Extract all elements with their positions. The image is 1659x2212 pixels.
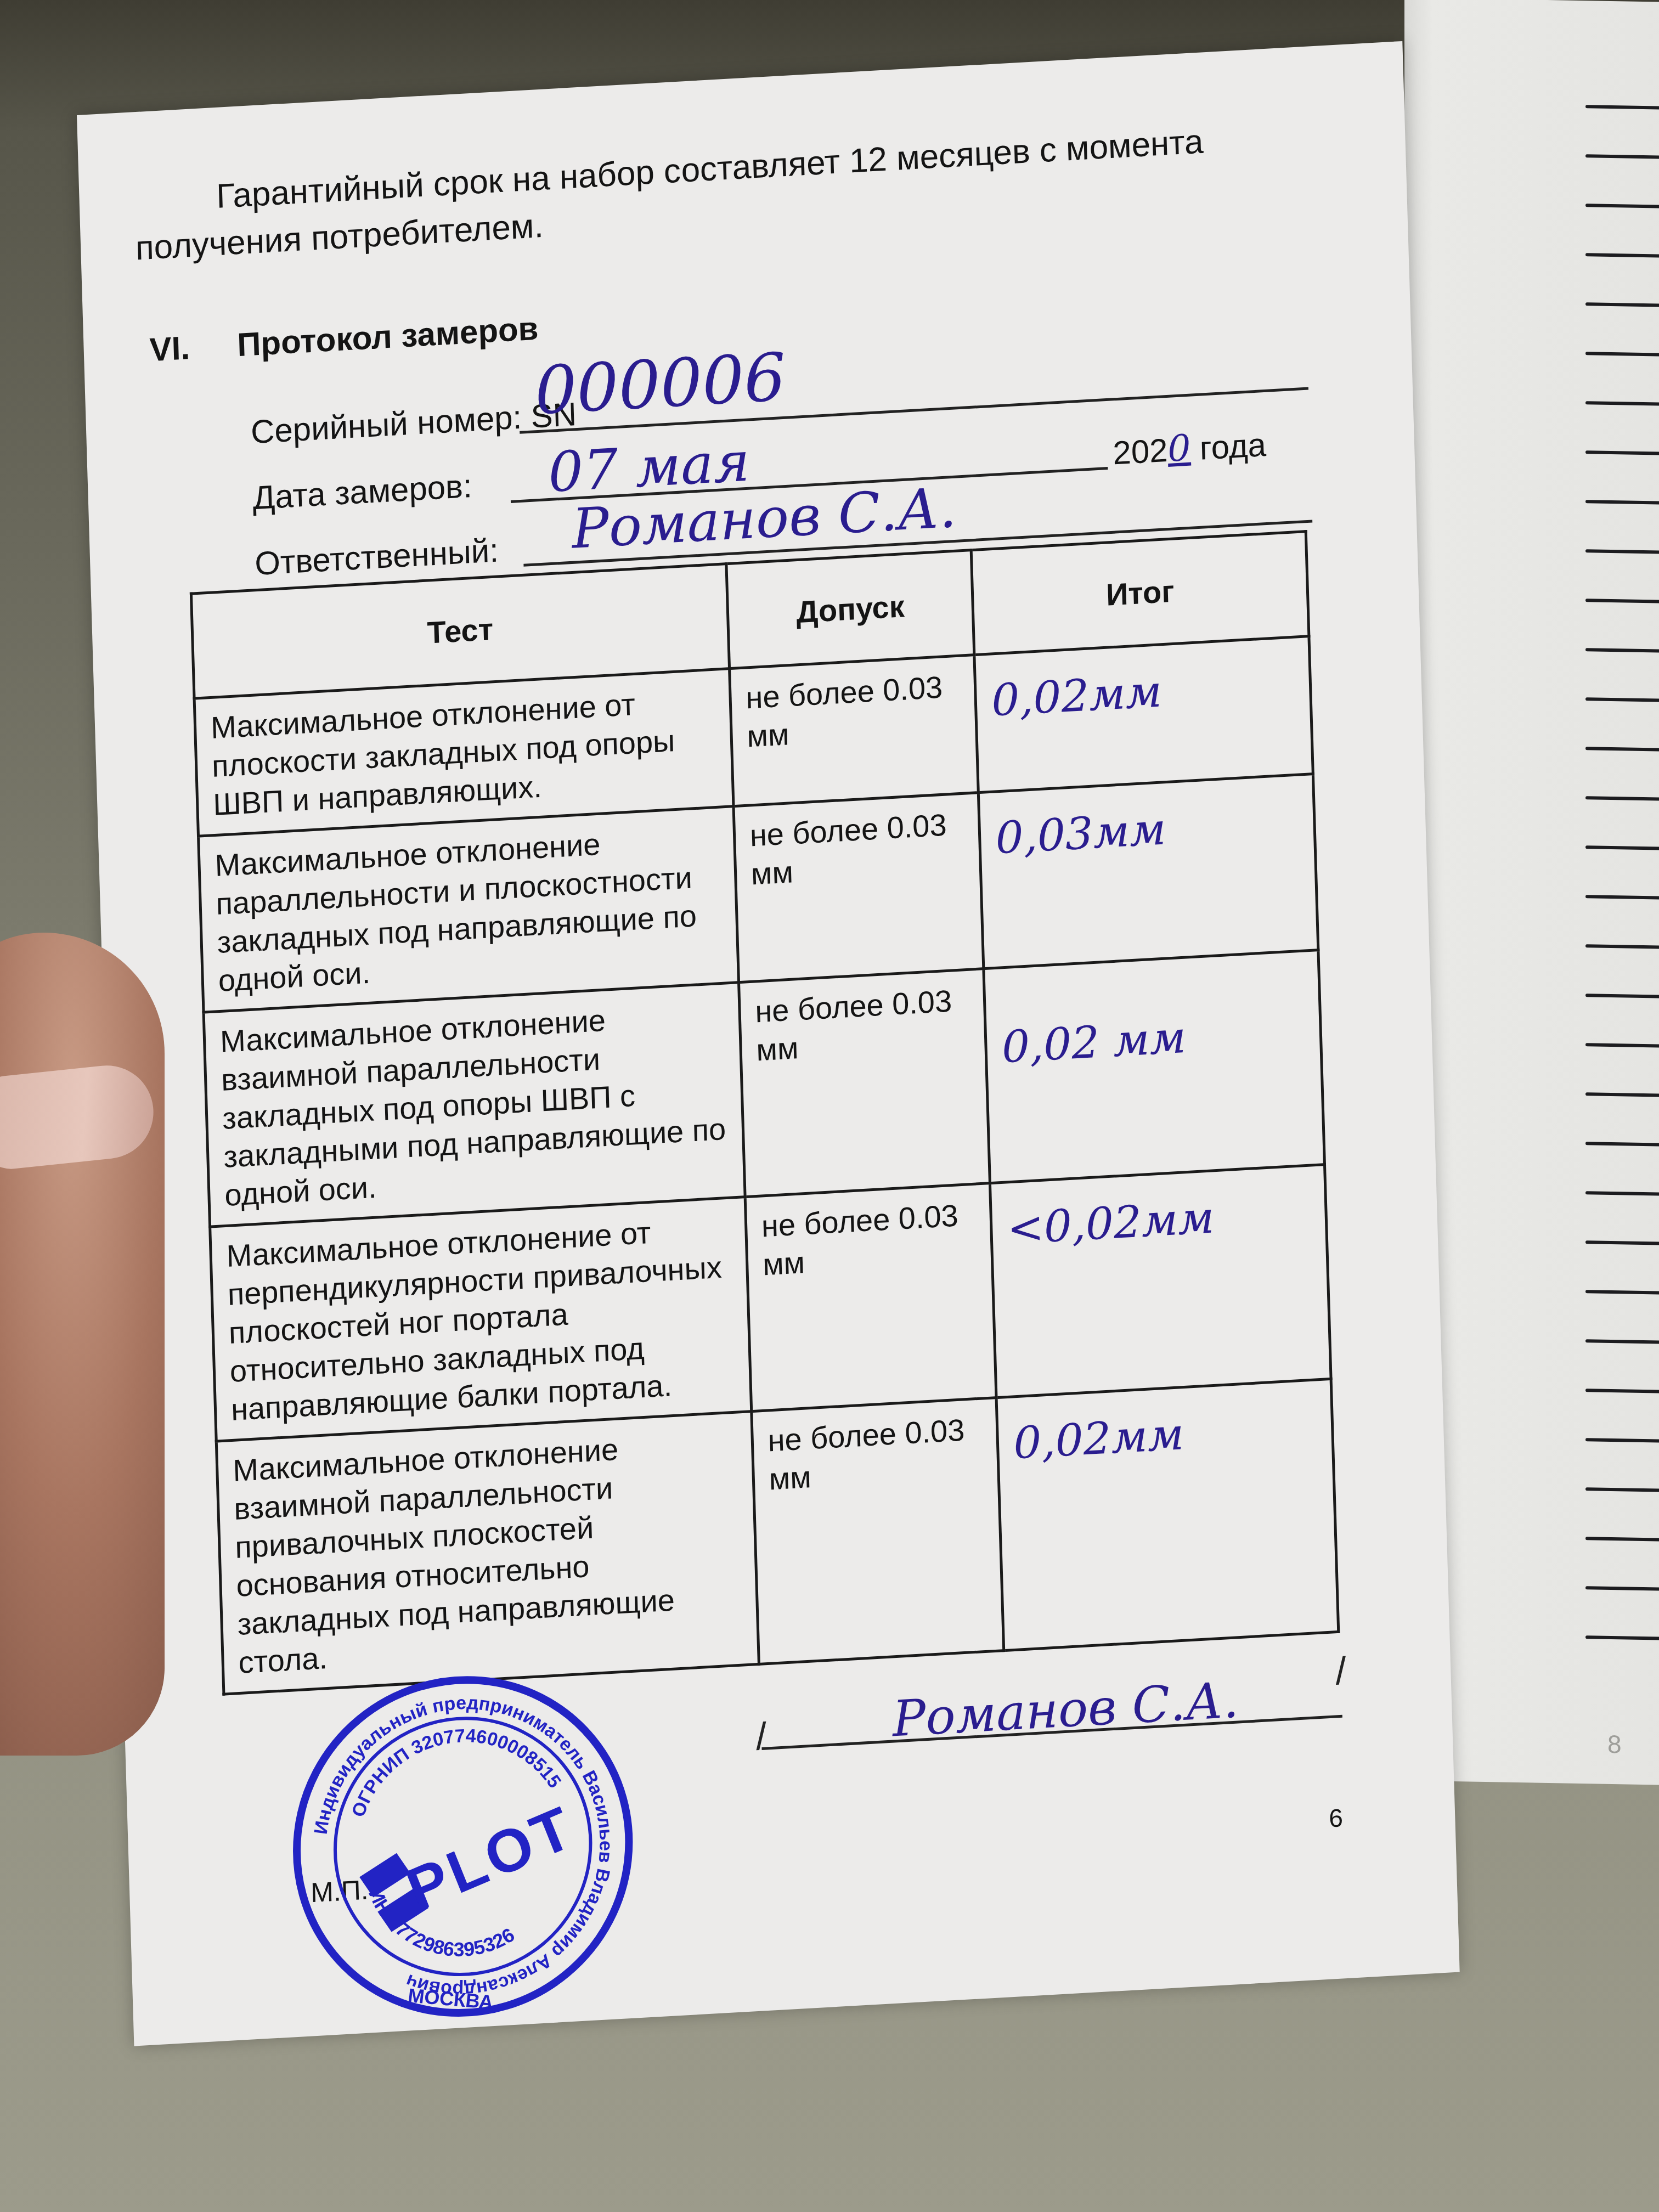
measurement-table: Тест Допуск Итог Максимальное отклонение… bbox=[190, 530, 1340, 1696]
test-description: Максимальное отклонение от перпендикуляр… bbox=[210, 1197, 752, 1441]
tolerance: не более 0.03 мм bbox=[738, 969, 990, 1197]
hand-thumb bbox=[0, 933, 165, 1756]
warranty-paragraph: Гарантийный срок на набор составляет 12 … bbox=[133, 112, 1314, 272]
result-value: 0,03мм bbox=[995, 803, 1300, 858]
signature[interactable]: Романов С.А. bbox=[891, 1671, 1239, 1748]
tolerance: не более 0.03 мм bbox=[752, 1398, 1005, 1664]
year-value[interactable]: 0 bbox=[1167, 427, 1191, 470]
responsible-field: Ответственный: bbox=[254, 531, 499, 583]
page-number: 6 bbox=[1329, 1803, 1344, 1833]
result-cell[interactable]: 0,02мм bbox=[997, 1379, 1339, 1650]
test-description: Максимальное отклонение взаимной паралле… bbox=[216, 1412, 759, 1694]
result-value: 0,02мм bbox=[991, 665, 1295, 720]
date-field: Дата замеров: bbox=[252, 467, 473, 517]
tolerance: не более 0.03 мм bbox=[729, 655, 978, 806]
serial-label: Серийный номер: SN bbox=[250, 396, 577, 450]
year-suffix: года bbox=[1199, 426, 1267, 467]
header-result: Итог bbox=[972, 532, 1309, 655]
section-title: Протокол замеров bbox=[236, 310, 539, 364]
result-value: <0,02мм bbox=[1007, 1193, 1311, 1249]
responsible-label: Ответственный: bbox=[254, 532, 499, 582]
year-prefix: 202 bbox=[1112, 432, 1168, 472]
result-cell[interactable]: 0,02 мм bbox=[984, 950, 1324, 1183]
section-heading: VI.Протокол замеров bbox=[149, 309, 539, 369]
right-page-number: 8 bbox=[1607, 1729, 1622, 1759]
result-value: 0,02 мм bbox=[1001, 1012, 1306, 1067]
section-number: VI. bbox=[149, 326, 238, 369]
ruled-lines bbox=[1585, 105, 1659, 1686]
serial-value[interactable]: 000006 bbox=[534, 340, 787, 430]
result-cell[interactable]: 0,02мм bbox=[974, 636, 1313, 793]
serial-field: Серийный номер: SN bbox=[250, 395, 577, 451]
date-label: Дата замеров: bbox=[252, 467, 473, 516]
protocol-page: Гарантийный срок на набор составляет 12 … bbox=[77, 41, 1460, 2046]
header-tolerance: Допуск bbox=[726, 550, 975, 669]
company-stamp: Индивидуальный предприниматель Васильев … bbox=[275, 1662, 651, 2030]
tolerance: не более 0.03 мм bbox=[733, 793, 984, 983]
test-description: Максимальное отклонение взаимной паралле… bbox=[204, 983, 745, 1227]
signature-separator: / bbox=[755, 1714, 768, 1758]
result-cell[interactable]: <0,02мм bbox=[990, 1165, 1331, 1398]
signature-separator-end: / bbox=[1335, 1649, 1347, 1693]
test-description: Максимальное отклонение параллельности и… bbox=[199, 806, 739, 1012]
year-field: 2020 года bbox=[1112, 422, 1267, 473]
result-value: 0,02мм bbox=[1013, 1408, 1317, 1463]
result-cell[interactable]: 0,03мм bbox=[979, 774, 1318, 969]
tolerance: не более 0.03 мм bbox=[745, 1183, 997, 1412]
